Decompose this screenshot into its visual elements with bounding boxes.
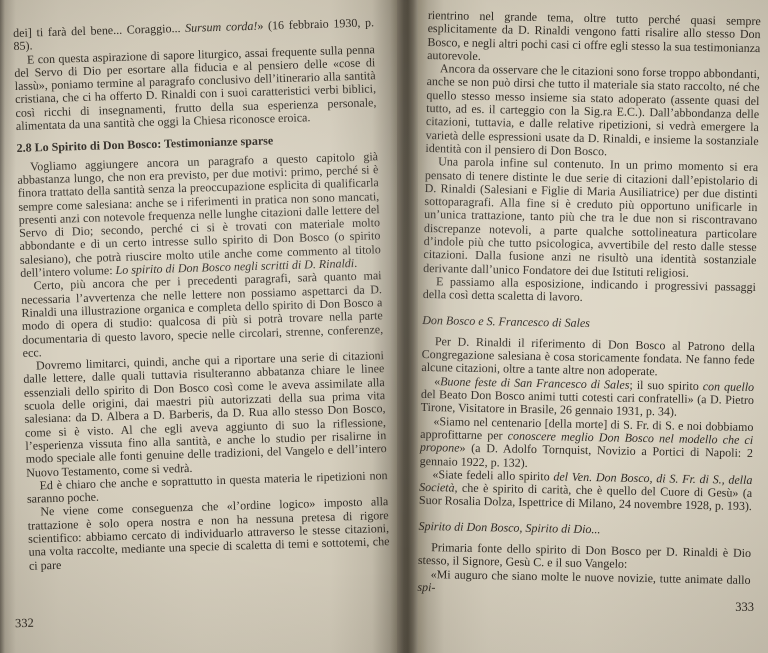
paragraph: Ancora da osservare che le citazioni son… <box>425 62 760 161</box>
paragraph: Certo, più ancora che per i precedenti p… <box>21 270 384 360</box>
paragraph: E passiamo alla esposizione, indicando i… <box>423 275 756 308</box>
page-number-right: 333 <box>735 600 754 615</box>
left-page: dei] ti farà del bene... Coraggio... Sur… <box>0 0 397 653</box>
paragraph: «Mi auguro che siano molte le nuove novi… <box>417 567 750 600</box>
paragraph: rientrino nel grande tema, oltre tutto p… <box>427 9 761 68</box>
page-number-left: 332 <box>15 616 34 631</box>
right-page: rientrino nel grande tema, oltre tutto p… <box>418 0 768 653</box>
paragraph: Dovremo limitarci, quindi, anche qui a r… <box>23 349 387 479</box>
paragraph: «Siamo nel centenario [della morte] di S… <box>420 415 754 474</box>
paragraph: Vogliamo aggiungere ancora un paragrafo … <box>17 150 381 280</box>
right-page-text: rientrino nel grande tema, oltre tutto p… <box>417 9 761 600</box>
paragraph: Ne viene come conseguenza che «l’ordine … <box>27 495 390 572</box>
paragraph: E con questa aspirazione di sapore litur… <box>14 43 377 133</box>
paragraph: Una parola infine sul contenuto. In un p… <box>423 155 758 281</box>
subsection-heading: Spirito di Don Bosco, Spirito di Dio... <box>418 520 751 539</box>
left-page-text: dei] ti farà del bene... Coraggio... Sur… <box>13 16 390 572</box>
paragraph: «Siate fedeli allo spirito del Ven. Don … <box>419 468 753 514</box>
book-spread: dei] ti farà del bene... Coraggio... Sur… <box>0 0 768 653</box>
book-gutter <box>397 0 418 653</box>
subsection-heading: Don Bosco e S. Francesco di Sales <box>422 313 755 332</box>
